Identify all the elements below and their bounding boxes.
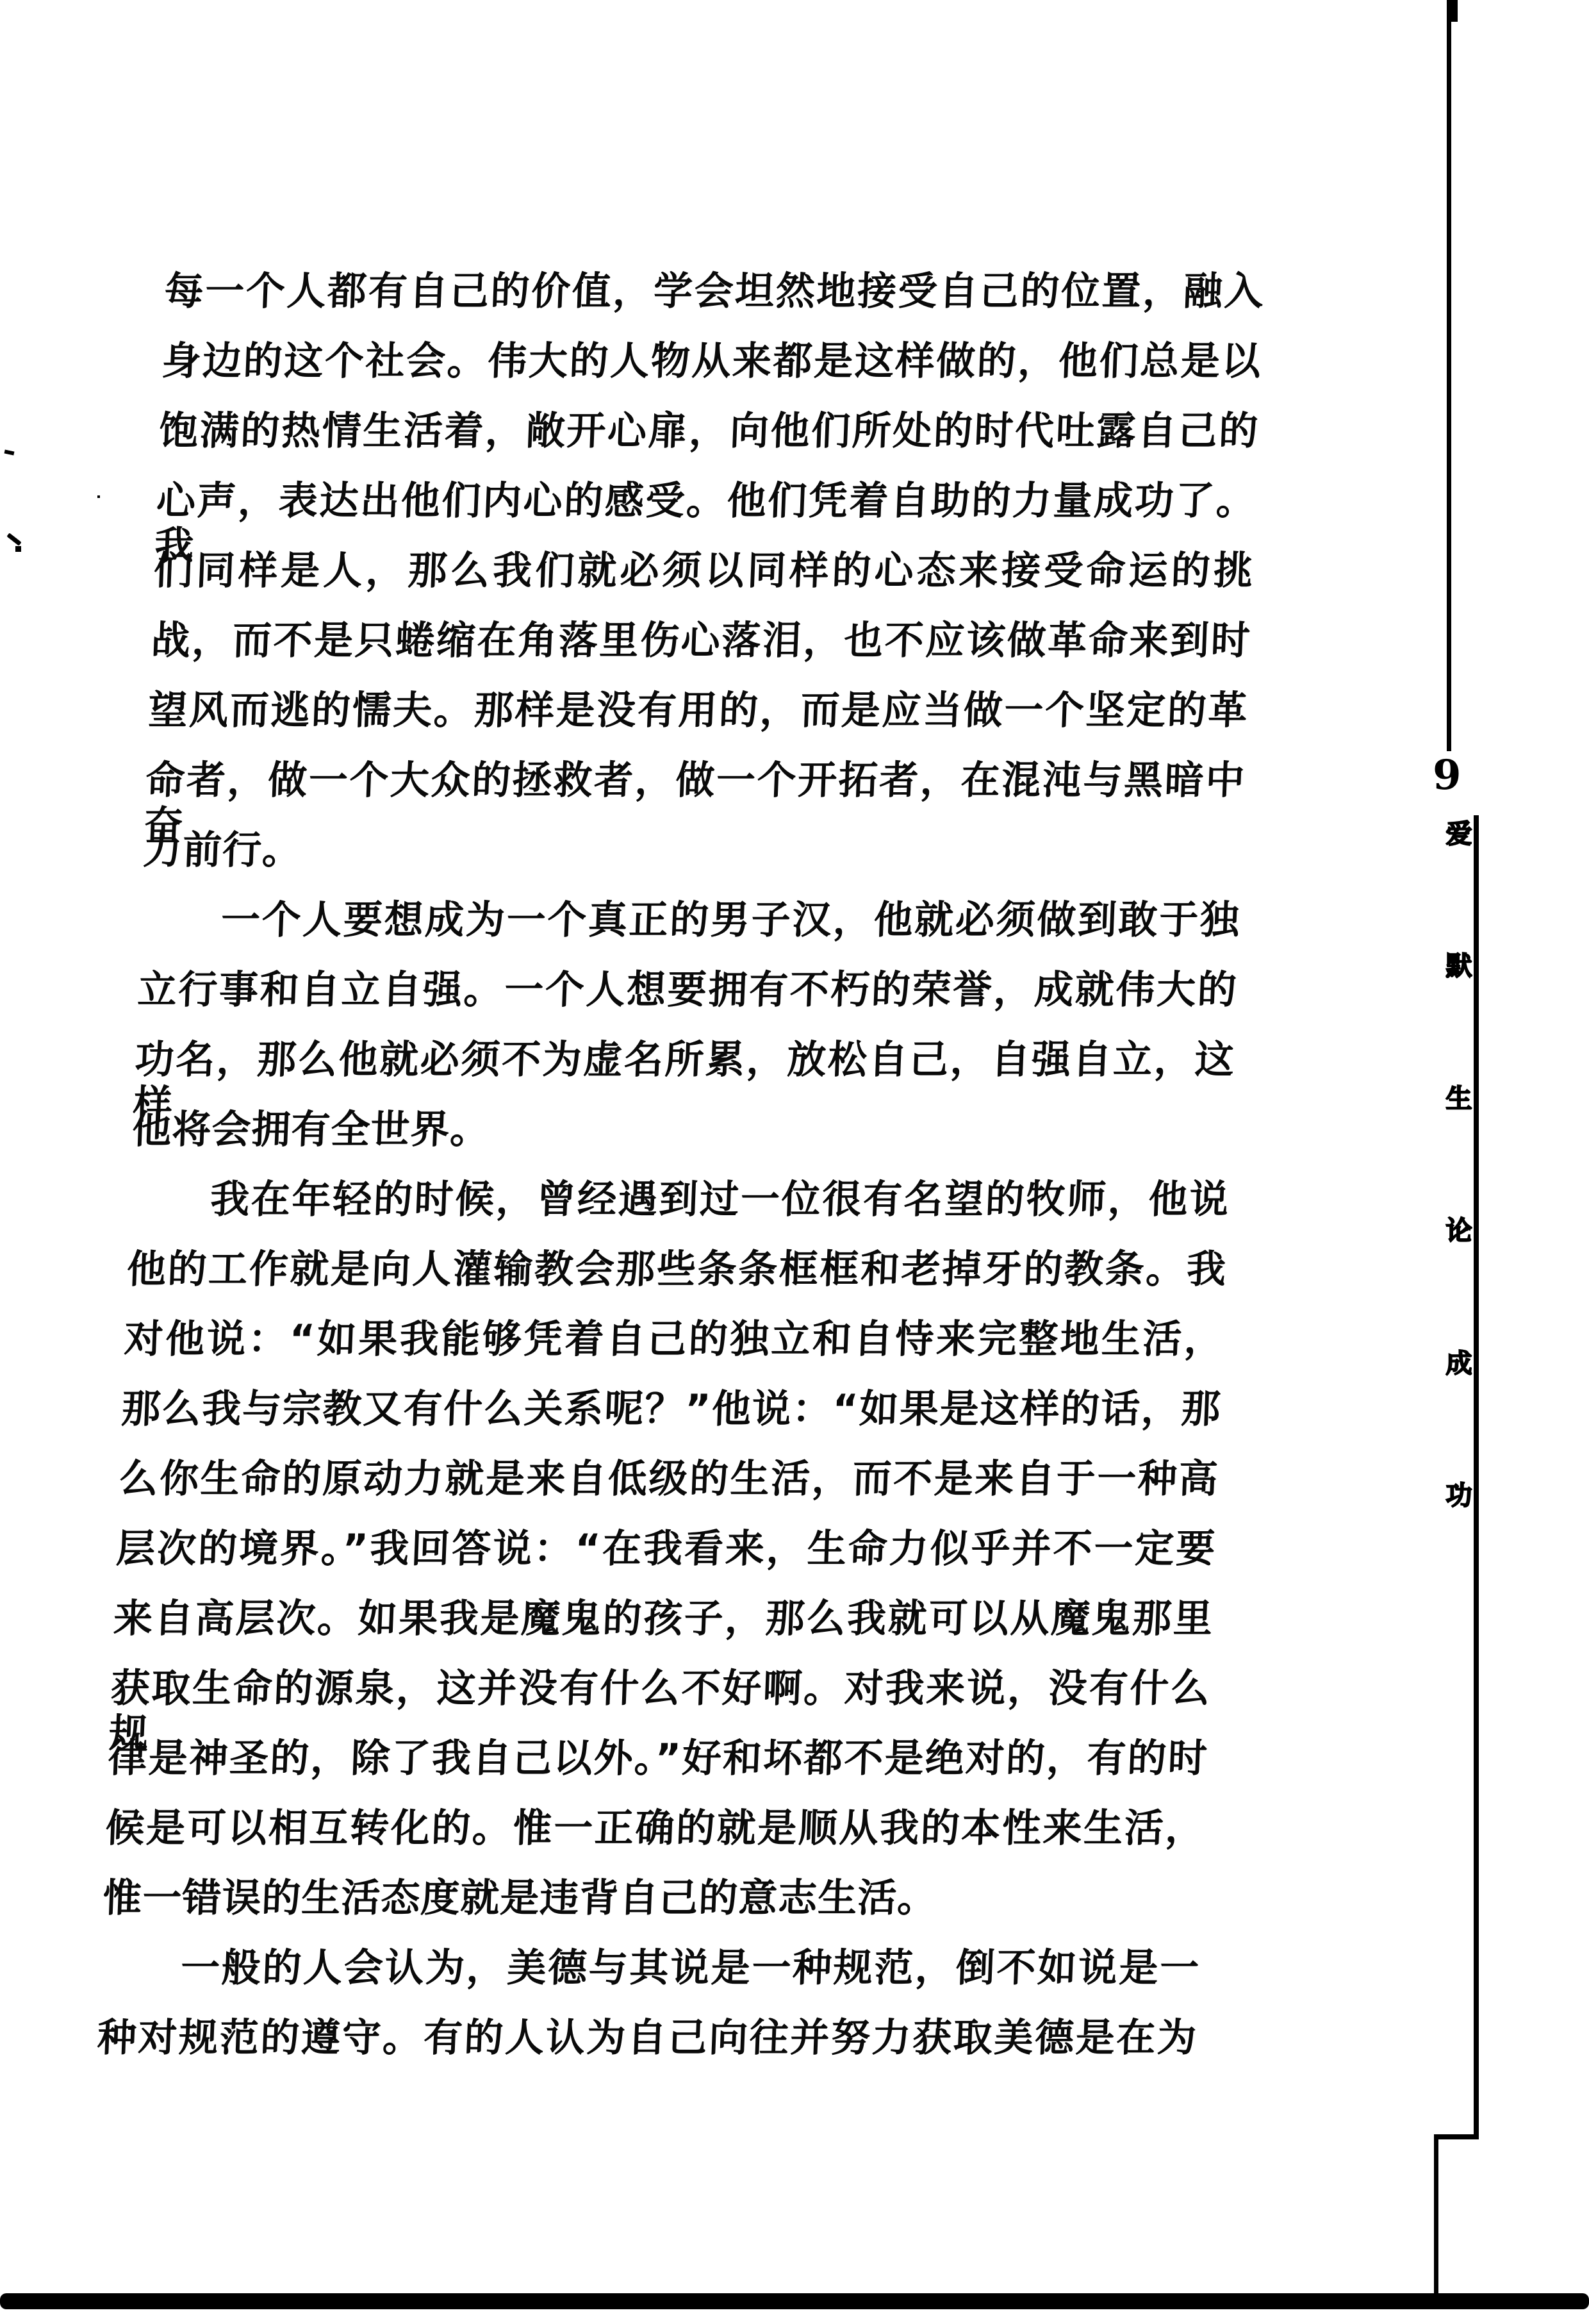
text-line: 种对规范的遵守。有的人认为自己向往并努力获取美德是在为: [95, 2016, 1198, 2086]
text-line: 来自高层次。如果我是魔鬼的孩子，那么我就可以从魔鬼那里: [111, 1597, 1214, 1666]
text-line: 一个人要想成为一个真正的男子汉，他就必须做到敢于独: [138, 898, 1240, 968]
right-border-rule-bottom: [1434, 2134, 1438, 2298]
text-line: 我在年轻的时候，曾经遇到过一位很有名望的牧师，他说: [128, 1177, 1230, 1247]
text-line: 立行事和自立自强。一个人想要拥有不朽的荣誉，成就伟大的: [136, 968, 1238, 1038]
text-line: 那么我与宗教又有什么关系呢？”他说：“如果是这样的话，那: [120, 1387, 1222, 1457]
title-divider-rule: [1474, 815, 1479, 2138]
margin-title-char: 成: [1446, 1350, 1472, 1377]
margin-title-char: 默: [1446, 952, 1472, 979]
text-line: 获取生命的源泉，这并没有什么不好啊。对我来说，没有什么规: [109, 1666, 1211, 1736]
text-line: 他的工作就是向人灌输教会那些条条框框和老掉牙的教条。我: [125, 1247, 1227, 1317]
text-line: 功名，那么他就必须不为虚名所累，放松自己，自强自立，这样: [133, 1038, 1235, 1108]
right-border-rule-nub: [1450, 0, 1458, 22]
text-line: 身边的这个社会。伟大的人物从来都是这样做的，他们总是以: [160, 339, 1262, 409]
page-number: 9: [1433, 755, 1461, 796]
text-line: 层次的境界。”我回答说：“在我看来，生命力似乎并不一定要: [114, 1527, 1216, 1597]
margin-title-char: 生: [1446, 1085, 1472, 1112]
margin-title-char: 爱: [1446, 820, 1472, 847]
text-line: 战，而不是只蜷缩在角落里伤心落泪，也不应该做革命来到时: [149, 618, 1251, 688]
text-line: 对他说：“如果我能够凭着自己的独立和自恃来完整地生活，: [122, 1317, 1224, 1387]
margin-title-char: 功: [1446, 1482, 1472, 1509]
text-line: 候是可以相互转化的。惟一正确的就是顺从我的本性来生活，: [104, 1806, 1206, 1876]
text-line: 们同样是人，那么我们就必须以同样的心态来接受命运的挑: [152, 549, 1254, 618]
page-text: 每一个人都有自己的价值，学会坦然地接受自己的位置，融入 身边的这个社会。伟大的人…: [95, 269, 1265, 2086]
scan-speck: [6, 533, 21, 545]
text-line: 惟一错误的生活态度就是违背自己的意志生活。: [101, 1876, 1203, 1946]
scan-speck: [128, 2027, 131, 2030]
bottom-edge-bar: [0, 2293, 1589, 2309]
text-line: 么你生命的原动力就是来自低级的生活，而不是来自于一种高: [117, 1457, 1219, 1527]
text-line: 力前行。: [141, 828, 1243, 898]
scanned-book-page: 每一个人都有自己的价值，学会坦然地接受自己的位置，融入 身边的这个社会。伟大的人…: [0, 0, 1589, 2324]
text-line: 命者，做一个大众的拯救者，做一个开拓者，在混沌与黑暗中奋: [144, 758, 1246, 828]
scan-speck: [15, 546, 21, 552]
text-line: 每一个人都有自己的价值，学会坦然地接受自己的位置，融入: [163, 269, 1265, 339]
text-line: 望风而逃的懦夫。那样是没有用的，而是应当做一个坚定的革: [147, 688, 1249, 758]
text-line: 律是神圣的，除了我自己以外。”好和坏都不是绝对的，有的时: [106, 1736, 1208, 1806]
scan-speck: [4, 450, 15, 456]
text-line: 心声，表达出他们内心的感受。他们凭着自助的力量成功了。我: [154, 479, 1256, 549]
text-line: 饱满的热情生活着，敞开心扉，向他们所处的时代吐露自己的: [157, 409, 1259, 479]
margin-book-title: 爱 默 生 论 成 功: [1444, 820, 1474, 1509]
border-step-connector: [1434, 2134, 1479, 2139]
text-line: 一般的人会认为，美德与其说是一种规范，倒不如说是一: [98, 1946, 1200, 2016]
margin-title-char: 论: [1446, 1217, 1472, 1244]
right-border-rule-top: [1447, 0, 1451, 751]
text-line: 他将会拥有全世界。: [131, 1108, 1233, 1177]
scan-speck: [97, 495, 100, 498]
